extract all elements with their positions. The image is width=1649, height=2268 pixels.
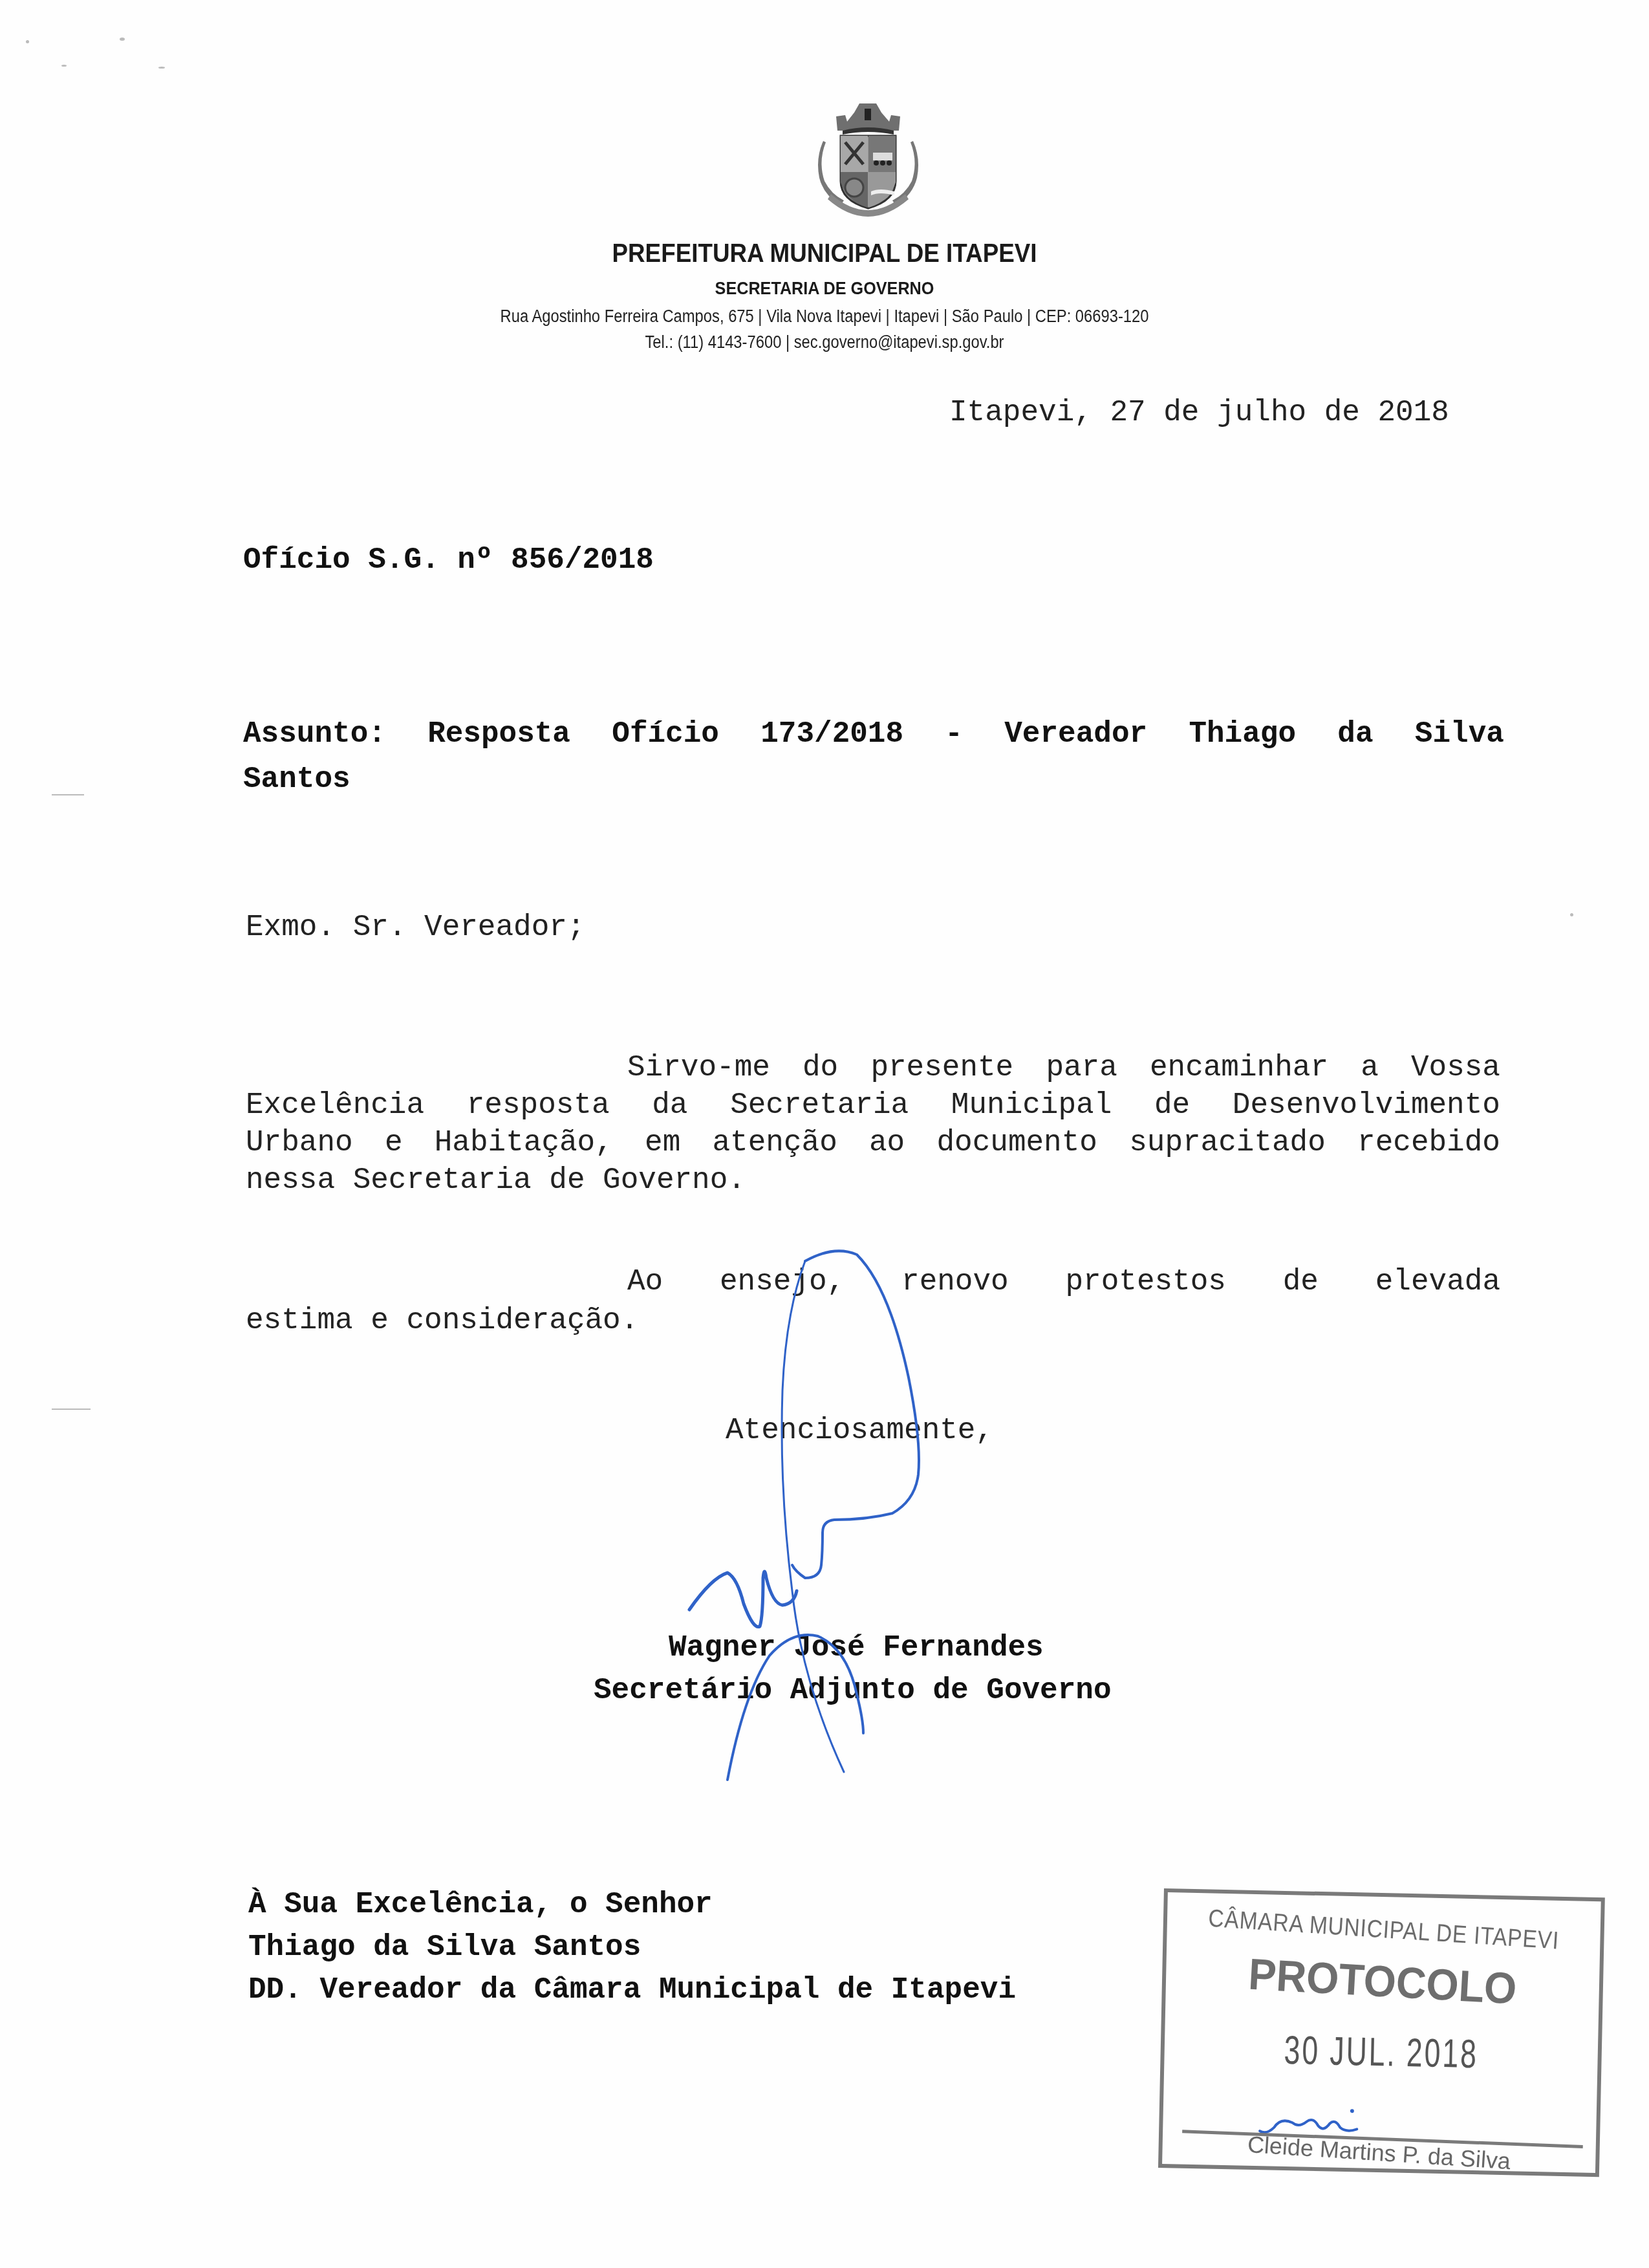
word: documento xyxy=(936,1124,1097,1161)
recipient-name: Thiago da Silva Santos xyxy=(248,1926,1016,1969)
word: presente xyxy=(870,1049,1013,1086)
word: Thiago xyxy=(1189,711,1296,757)
word: de xyxy=(1154,1086,1190,1124)
letterhead-title: PREFEITURA MUNICIPAL DE ITAPEVI xyxy=(66,239,1583,268)
word: Desenvolvimento xyxy=(1233,1086,1500,1124)
recipient-block: À Sua Excelência, o Senhor Thiago da Sil… xyxy=(248,1883,1016,2011)
scan-speck xyxy=(52,794,84,795)
letterhead-contact: Tel.: (11) 4143-7600 | sec.governo@itape… xyxy=(99,332,1550,352)
word: do xyxy=(803,1049,838,1086)
word: Urbano xyxy=(246,1124,353,1161)
recipient-title: DD. Vereador da Câmara Municipal de Itap… xyxy=(248,1969,1016,2011)
word: ao xyxy=(869,1124,905,1161)
document-reference: Ofício S.G. nº 856/2018 xyxy=(243,543,654,577)
scan-speck xyxy=(52,1409,91,1410)
word: Municipal xyxy=(951,1086,1112,1124)
paragraph-line: UrbanoeHabitação,ematençãoaodocumentosup… xyxy=(246,1124,1500,1161)
word: Assunto: xyxy=(243,711,386,757)
word: Sirvo-me xyxy=(627,1049,770,1086)
scan-speck xyxy=(1570,913,1573,916)
paragraph-line: Sirvo-medopresenteparaencaminharaVossa xyxy=(246,1049,1500,1086)
word: Resposta xyxy=(427,711,570,757)
word: de xyxy=(1283,1262,1319,1301)
word: encaminhar xyxy=(1150,1049,1328,1086)
paragraph-line: ExcelênciarespostadaSecretariaMunicipald… xyxy=(246,1086,1500,1124)
word: Vossa xyxy=(1411,1049,1500,1086)
body-paragraph-1: Sirvo-medopresenteparaencaminharaVossaEx… xyxy=(246,1049,1500,1199)
recipient-line-1: À Sua Excelência, o Senhor xyxy=(248,1883,1016,1926)
word: da xyxy=(1337,711,1373,757)
word: protestos xyxy=(1065,1262,1225,1301)
word: e xyxy=(385,1124,403,1161)
word: Vereador xyxy=(1004,711,1147,757)
paragraph-line: Aoensejo,renovoprotestosdeelevada xyxy=(246,1262,1500,1301)
subject: Assunto:RespostaOfício173/2018-VereadorT… xyxy=(243,711,1504,802)
letter-page: PREFEITURA MUNICIPAL DE ITAPEVI SECRETAR… xyxy=(0,0,1649,2268)
place-date: Itapevi, 27 de julho de 2018 xyxy=(949,396,1449,429)
word: Secretaria xyxy=(730,1086,909,1124)
scan-speck xyxy=(158,67,165,69)
word: a xyxy=(1361,1049,1379,1086)
word: atenção xyxy=(713,1124,837,1161)
closing: Atenciosamente, xyxy=(726,1414,993,1447)
letterhead-address: Rua Agostinho Ferreira Campos, 675 | Vil… xyxy=(99,307,1550,327)
word: Habitação, xyxy=(435,1124,613,1161)
word: supracitado xyxy=(1129,1124,1326,1161)
signer-name: Wagner José Fernandes xyxy=(669,1631,1044,1665)
paragraph-line: nessa Secretaria de Governo. xyxy=(246,1161,1500,1199)
word: Excelência xyxy=(246,1086,424,1124)
stamp-date: 30 JUL. 2018 xyxy=(1225,2026,1538,2079)
word: resposta xyxy=(467,1086,610,1124)
signer-role: Secretário Adjunto de Governo xyxy=(594,1674,1112,1707)
subject-line-1: Assunto:RespostaOfício173/2018-VereadorT… xyxy=(243,711,1504,757)
salutation: Exmo. Sr. Vereador; xyxy=(246,911,585,944)
stamp-title: PROTOCOLO xyxy=(1176,1945,1590,2018)
word: renovo xyxy=(901,1262,1009,1301)
word: Ao xyxy=(627,1262,663,1301)
word: 173/2018 xyxy=(760,711,903,757)
coat-of-arms-icon xyxy=(812,97,925,217)
word: da xyxy=(652,1086,687,1124)
word: recebido xyxy=(1357,1124,1500,1161)
scan-speck xyxy=(61,65,67,67)
word: em xyxy=(645,1124,680,1161)
scan-speck xyxy=(120,38,125,41)
body-paragraph-2: Aoensejo,renovoprotestosdeelevadaestima … xyxy=(246,1262,1500,1340)
subject-line-2: Santos xyxy=(243,757,1504,802)
letterhead-department: SECRETARIA DE GOVERNO xyxy=(83,278,1567,299)
word: Silva xyxy=(1415,711,1504,757)
word: - xyxy=(945,711,963,757)
scan-speck xyxy=(26,40,29,43)
word: elevada xyxy=(1375,1262,1500,1301)
protocol-stamp: CÂMARA MUNICIPAL DE ITAPEVI PROTOCOLO 30… xyxy=(1158,1888,1605,2177)
word: ensejo, xyxy=(720,1262,845,1301)
paragraph-line: estima e consideração. xyxy=(246,1301,1500,1340)
word: para xyxy=(1046,1049,1117,1086)
word: Ofício xyxy=(612,711,719,757)
